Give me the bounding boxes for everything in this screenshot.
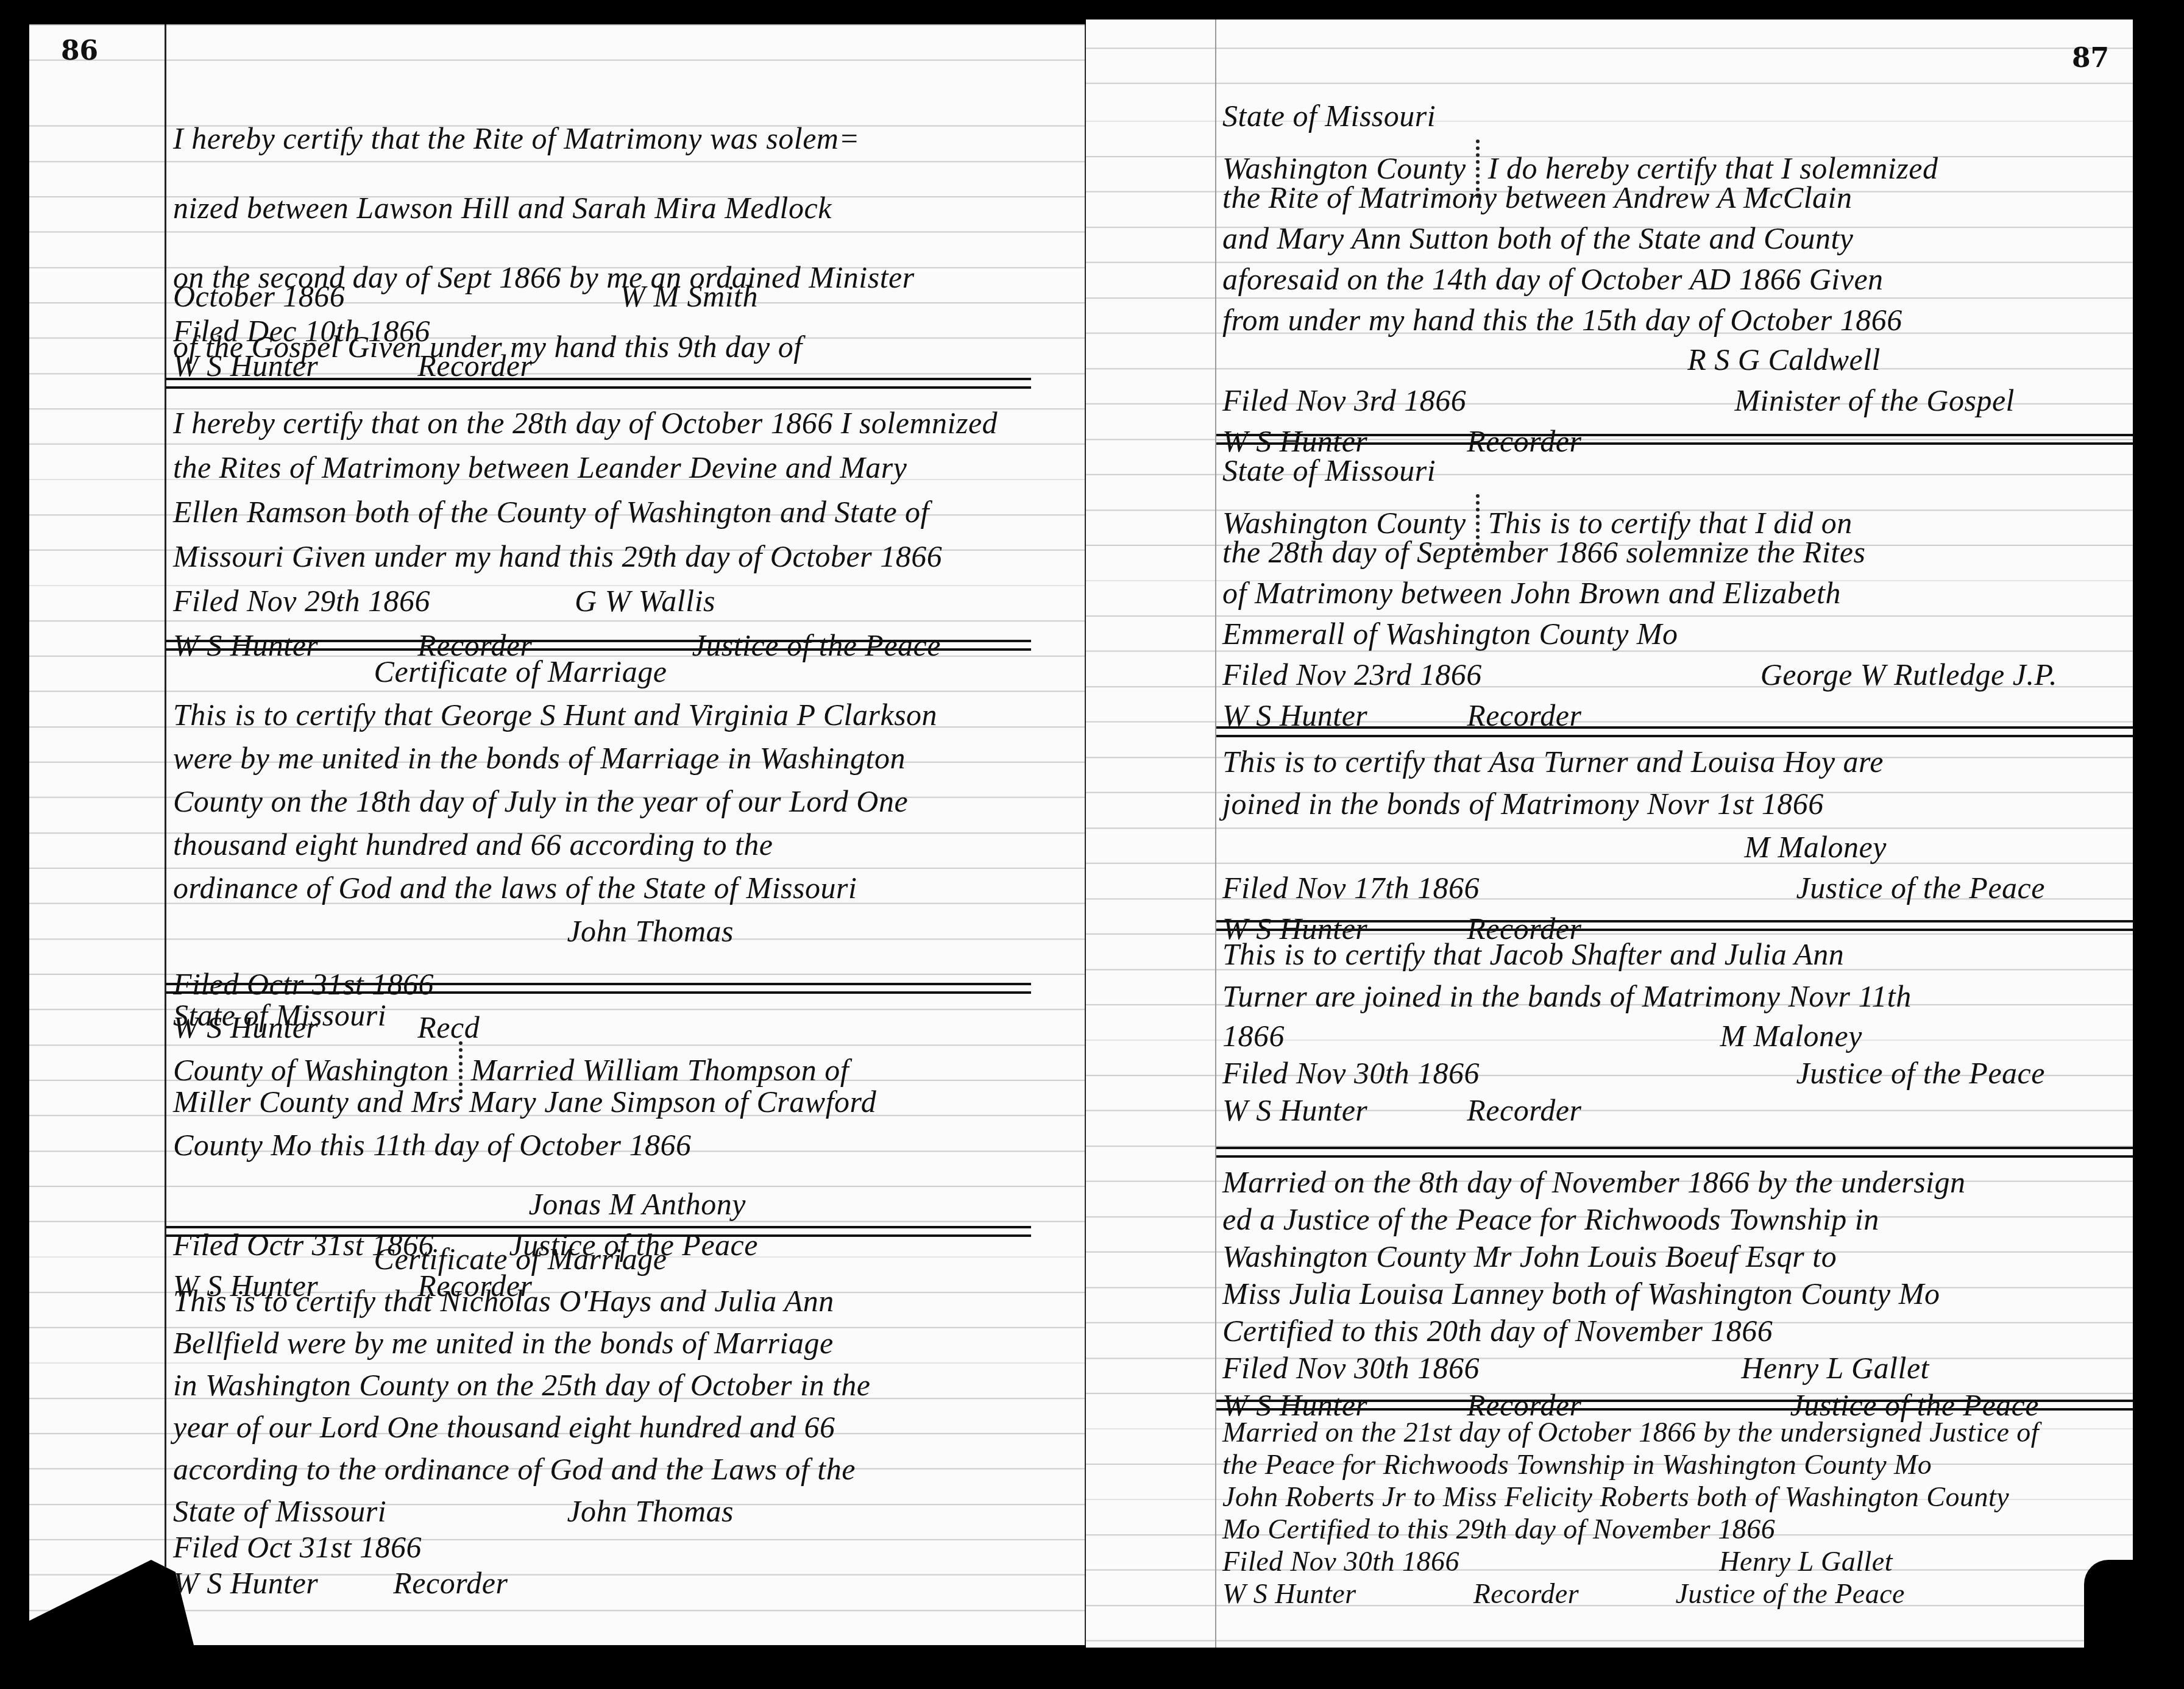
marriage-record-entry: State of Missouri Washington CountyThis … [1222,453,2124,733]
officiant-signature: John Thomas [567,1494,734,1529]
entry-separator [1216,1400,2133,1411]
record-text-line: I hereby certify that the Rite of Matrim… [173,104,1038,173]
officiant-title: Minister of the Gospel [1734,383,2015,418]
record-text-line: County Mo this 11th day of October 1866 [173,1128,1038,1163]
record-text-line: Emmerall of Washington County Mo [1222,617,2124,651]
ledger-page-left: 86 I hereby certify that the Rite of Mat… [29,24,1086,1645]
record-text-line: Certified to this 20th day of November 1… [1222,1314,2124,1348]
record-text-line: Ellen Ramson both of the County of Washi… [173,495,1038,529]
marriage-record-entry: This is to certify that Asa Turner and L… [1222,745,2124,946]
record-text-line: Washington County Mr John Louis Boeuf Es… [1222,1239,2124,1274]
filed-date: Filed Nov 23rd 1866 [1222,657,1482,692]
record-text-line: of Matrimony between John Brown and Eliz… [1222,576,2124,611]
torn-corner [2084,1560,2145,1657]
record-text-line: I hereby certify that on the 28th day of… [173,406,1038,441]
officiant-signature: Henry L Gallet [1741,1351,1929,1386]
recorder-title: Recorder [1467,1093,1581,1127]
filed-date: Filed Nov 3rd 1866 [1222,383,1466,418]
record-text-line: in Washington County on the 25th day of … [173,1368,1038,1403]
marriage-record-entry: I hereby certify that on the 28th day of… [173,369,1038,663]
recorder-name: W S Hunter [173,1566,318,1600]
record-text-line: were by me united in the bonds of Marria… [173,741,1038,776]
record-text-line: State of Missouri [173,1494,386,1529]
record-text-line: Missouri Given under my hand this 29th d… [173,539,1038,574]
certificate-heading: Certificate of Marriage [173,654,1038,689]
record-text-line: joined in the bonds of Matrimony Novr 1s… [1222,787,2124,821]
record-text-line: the Peace for Richwoods Township in Wash… [1222,1447,2124,1482]
entry-separator [1216,1147,2133,1158]
page-number: 86 [61,35,98,66]
state-header: State of Missouri [173,998,1038,1033]
record-text-line: County on the 18th day of July in the ye… [173,784,1038,819]
record-text-line: This is to certify that Jacob Shafter an… [1222,937,2124,972]
entry-separator [1216,920,2133,931]
record-text-line: Married on the 21st day of October 1866 … [1222,1415,2124,1450]
certificate-heading: Certificate of Marriage [173,1242,1038,1276]
officiant-signature: John Thomas [567,914,734,949]
marriage-record-entry: Certificate of Marriage This is to certi… [173,1242,1038,1601]
record-text-line: Mo Certified to this 29th day of Novembe… [1222,1512,2124,1546]
record-text-line: the 28th day of September 1866 solemnize… [1222,535,2124,570]
entry-separator [1216,726,2133,737]
record-text-line: Miller County and Mrs Mary Jane Simpson … [173,1085,1038,1119]
officiant-signature: W M Smith [620,279,758,314]
officiant-signature: G W Wallis [575,584,715,618]
record-text-line: the Rite of Matrimony between Andrew A M… [1222,180,2124,215]
ledger-page-right: 87 State of Missouri Washington CountyI … [1086,19,2133,1648]
officiant-signature: George W Rutledge J.P. [1760,657,2057,692]
record-text-line: ordinance of God and the laws of the Sta… [173,871,1038,905]
marriage-record-entry: State of Missouri Washington CountyI do … [1222,99,2124,459]
state-header: State of Missouri [1222,453,2124,488]
record-text-line: Bellfield were by me united in the bonds… [173,1326,1038,1361]
record-text-line: thousand eight hundred and 66 according … [173,827,1038,862]
officiant-signature: Jonas M Anthony [528,1187,746,1222]
margin-rule [165,24,166,1645]
marriage-record-entry: Married on the 21st day of October 1866 … [1222,1415,2124,1611]
filed-date: Filed Nov 30th 1866 [1222,1351,1480,1386]
record-text-line: aforesaid on the 14th day of October AD … [1222,262,2124,297]
officiant-signature: M Maloney [1744,830,1887,865]
record-text-line: from under my hand this the 15th day of … [1222,303,2124,338]
record-text-line: year of our Lord One thousand eight hund… [173,1410,1038,1445]
officiant-title: Justice of the Peace [1796,1056,2045,1091]
record-text-line: 1866 [1222,1019,1285,1053]
record-signature-block: October 1866 W M Smith Filed Dec 10th 18… [173,279,1038,383]
record-text-line: This is to certify that Asa Turner and L… [1222,745,2124,779]
filed-date: Filed Dec 10th 1866 [173,314,430,349]
entry-separator [166,640,1031,651]
record-text-line: and Mary Ann Sutton both of the State an… [1222,221,2124,256]
entry-separator [166,983,1031,994]
officiant-signature: R S G Caldwell [1687,342,1881,377]
officiant-signature: M Maloney [1720,1019,1862,1053]
filed-date: Filed Oct 31st 1866 [173,1530,1038,1565]
officiant-title: Justice of the Peace [1675,1576,1905,1611]
officiant-signature: Henry L Gallet [1719,1544,1893,1579]
page-number: 87 [2072,43,2109,74]
recorder-title: Recorder [393,1566,508,1600]
record-date: October 1866 [173,279,345,314]
entry-separator [1216,434,2133,445]
recorder-name: W S Hunter [1222,1093,1367,1127]
marriage-record-entry: Married on the 8th day of November 1866 … [1222,1165,2124,1423]
state-header: State of Missouri [1222,99,2124,133]
recorder-title: Recorder [1473,1578,1579,1609]
record-text-line: according to the ordinance of God and th… [173,1452,1038,1487]
record-text-line: Miss Julia Louisa Lanney both of Washing… [1222,1276,2124,1311]
filed-date: Filed Nov 30th 1866 [1222,1544,1459,1579]
record-text-line: ed a Justice of the Peace for Richwoods … [1222,1202,2124,1237]
filed-date: Filed Nov 30th 1866 [1222,1056,1480,1091]
record-text-line: Married William Thompson of [471,1053,849,1087]
record-text-line: Married on the 8th day of November 1866 … [1222,1165,2124,1200]
record-text-line: This is to certify that Nicholas O'Hays … [173,1284,1038,1319]
record-text-line: John Roberts Jr to Miss Felicity Roberts… [1222,1479,2124,1514]
record-text-line: nized between Lawson Hill and Sarah Mira… [173,173,1038,243]
officiant-title: Justice of the Peace [1796,871,2045,905]
marriage-record-entry: This is to certify that Jacob Shafter an… [1222,937,2124,1128]
recorder-name: W S Hunter [1222,1578,1356,1609]
filed-date: Filed Nov 29th 1866 [173,584,430,618]
entry-separator [166,1226,1031,1237]
record-text-line: the Rites of Matrimony between Leander D… [173,450,1038,485]
record-text-line: This is to certify that George S Hunt an… [173,698,1038,732]
county-header: County of Washington [173,1053,449,1087]
filed-date: Filed Nov 17th 1866 [1222,871,1480,905]
record-text-line: Turner are joined in the bands of Matrim… [1222,979,2124,1014]
